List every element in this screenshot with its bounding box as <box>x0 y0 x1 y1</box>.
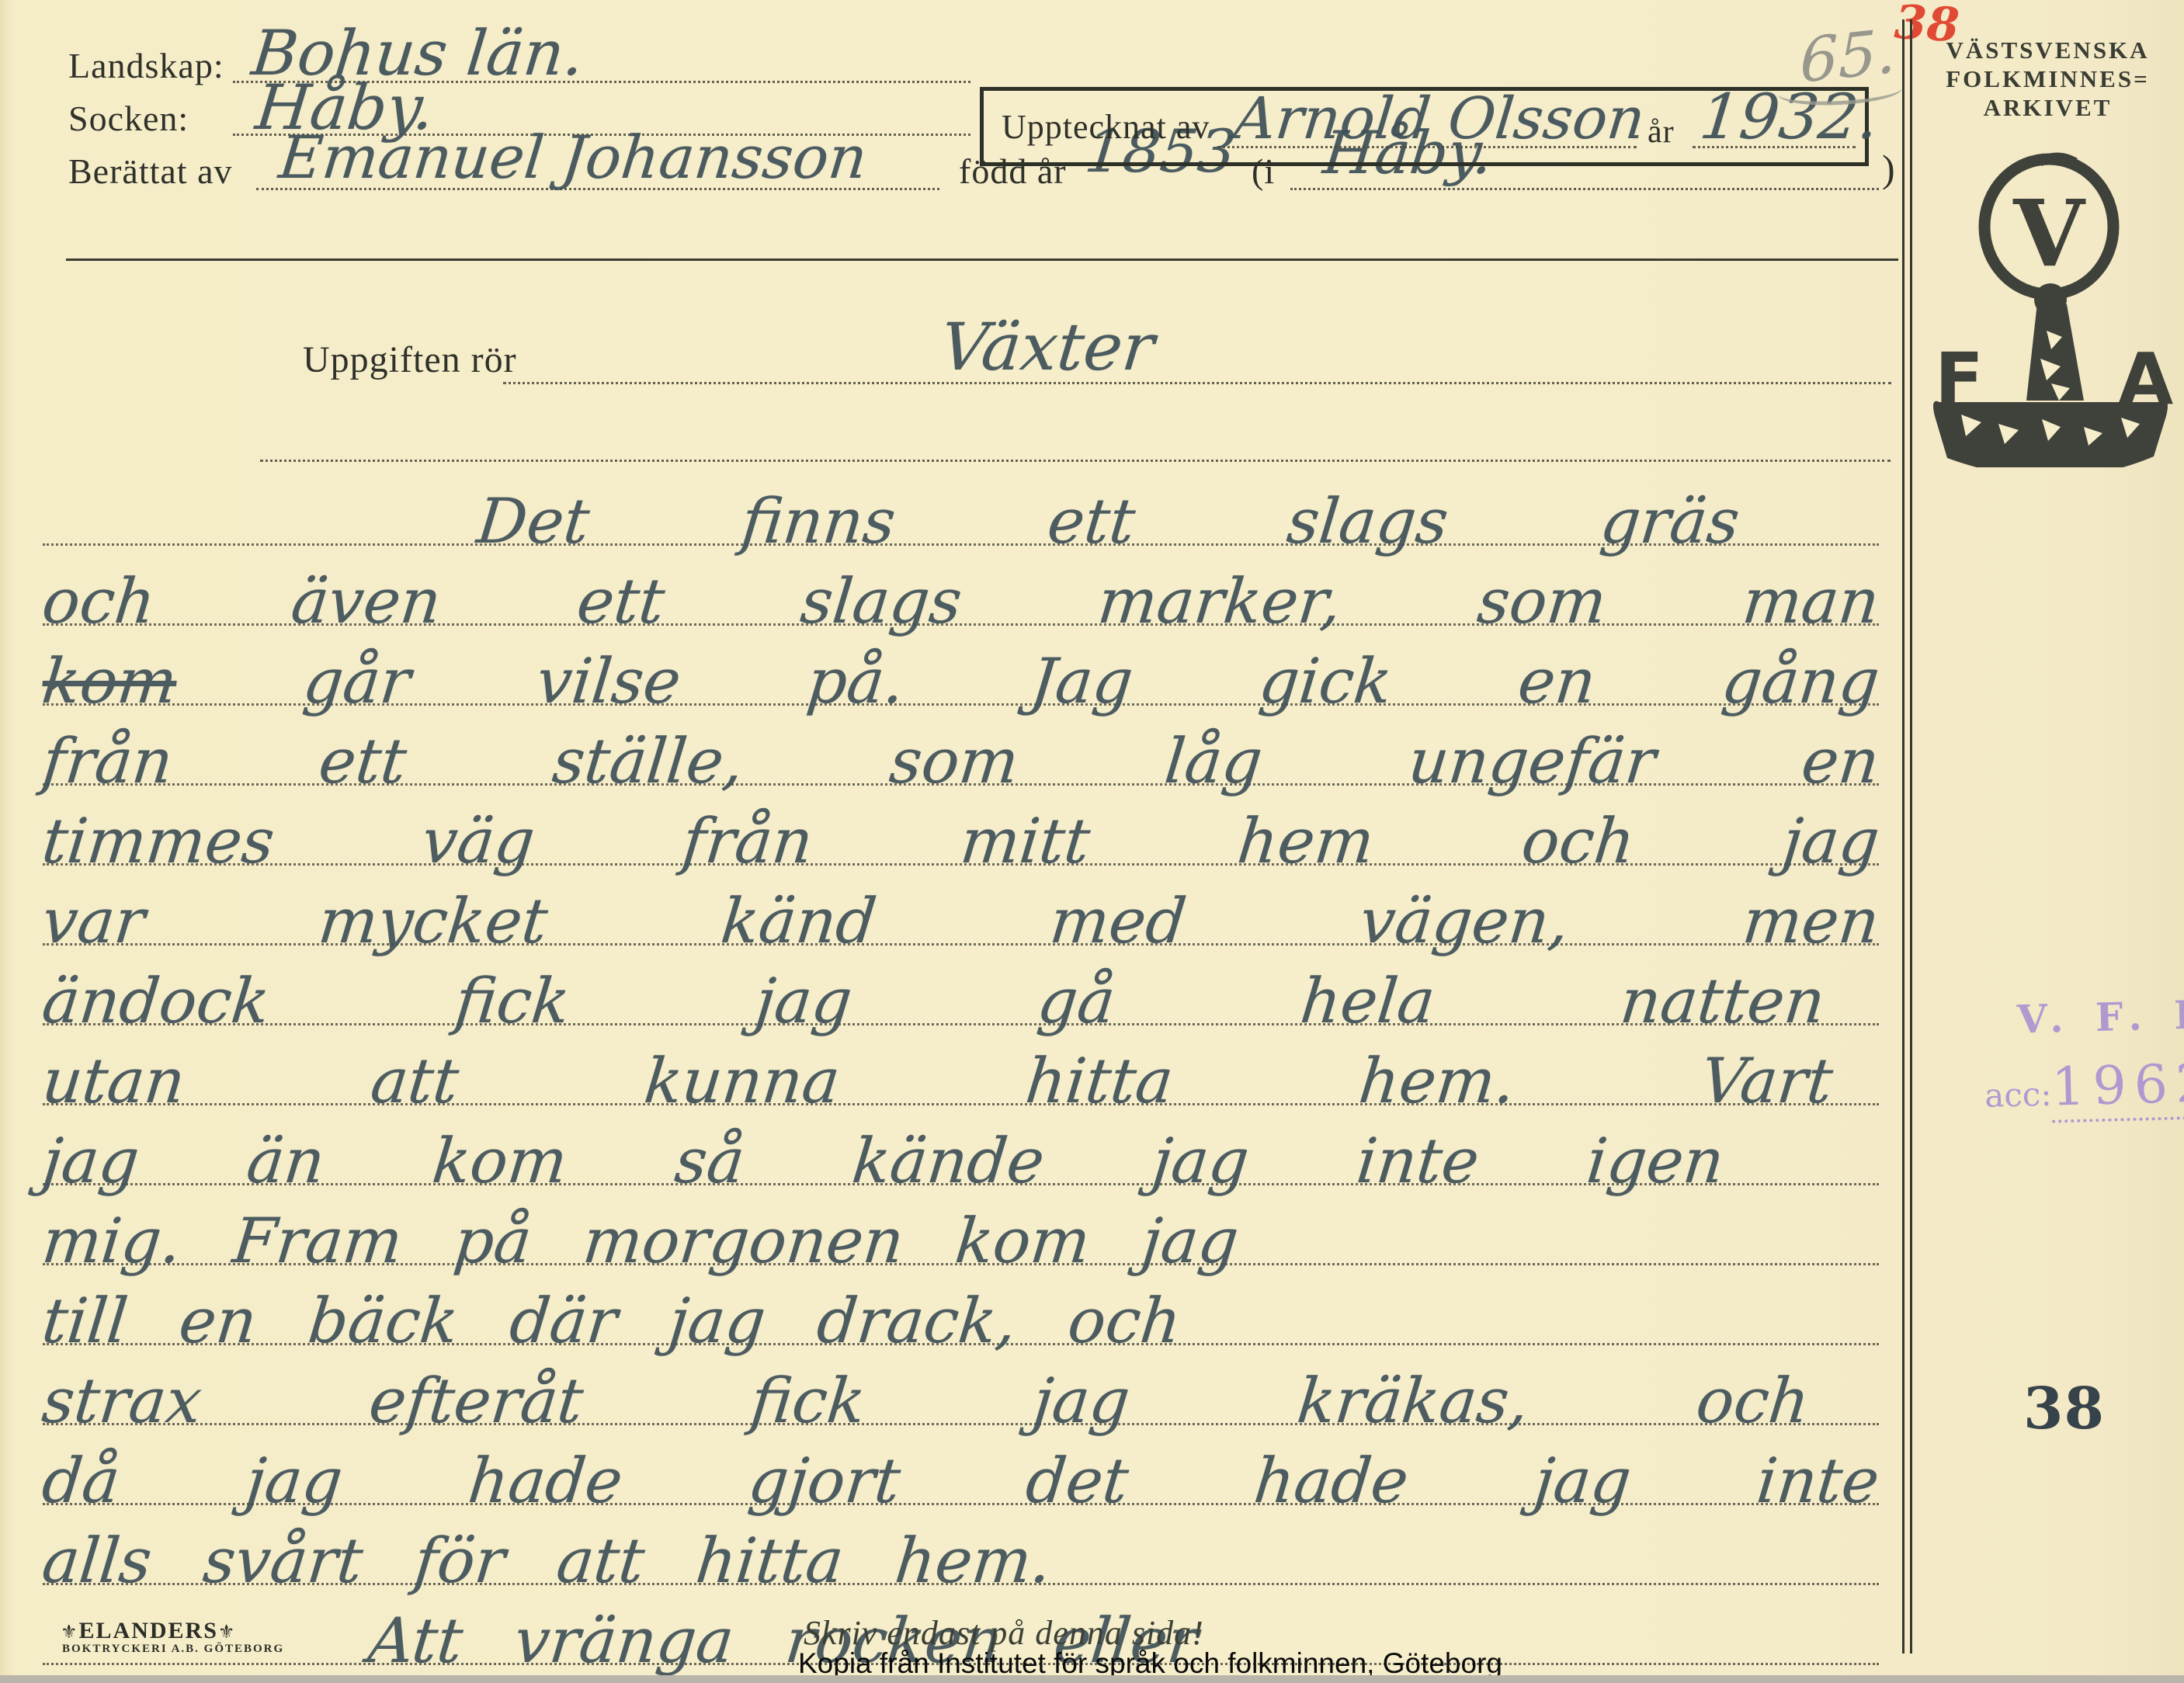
ruled-line: timmes väg från mitt hem och jag <box>43 786 1879 866</box>
ruled-line: och även ett slags marker, som man <box>43 546 1879 626</box>
handwriting-line: utan att kunna hitta hem. Vart <box>40 1049 1883 1114</box>
handwriting-line: jag än kom så kände jag inte igen <box>40 1129 1883 1194</box>
handwriting-line: kom går vilse på. Jag gick en gång <box>40 649 1883 714</box>
side-page-number: 38 <box>2023 1376 2105 1442</box>
ruled-line: alls svårt för att hitta hem. <box>43 1505 1879 1585</box>
printer-ornament-left-icon: ⚜ <box>61 1621 79 1643</box>
archive-name-line2: FOLKMINNES= <box>1911 64 2184 93</box>
header-separator-rule <box>66 259 1898 261</box>
ruled-line: mig. Fram på morgonen kom jag <box>43 1185 1879 1265</box>
landskap-label: Landskap: <box>68 45 224 86</box>
printer-subline: BOKTRYCKERI A.B. GÖTEBORG <box>62 1643 284 1656</box>
ar-label: år <box>1648 113 1675 151</box>
berattat-value: Emanuel Johansson <box>276 123 870 192</box>
handwriting-line: ändock fick jag gå hela natten <box>40 969 1883 1034</box>
stamp-vff: V. F. F. <box>2016 991 2184 1042</box>
subject-dotted-line <box>503 382 1891 384</box>
subject-value: Växter <box>937 309 1158 385</box>
handwriting-body: Det finns ett slags gräsoch även ett sla… <box>43 466 1879 1665</box>
socken-label: Socken: <box>68 98 189 139</box>
archive-name-block: VÄSTSVENSKA FOLKMINNES= ARKIVET <box>1911 36 2184 123</box>
archive-record-card: Landskap: Bohus län. Socken: Håby. Berät… <box>0 0 2184 1683</box>
handwriting-line: då jag hade gjort det hade jag inte <box>40 1449 1883 1514</box>
ruled-line: från ett ställe, som låg ungefär en <box>43 706 1879 786</box>
handwriting-line: var mycket känd med vägen, men <box>40 889 1883 954</box>
vfa-hammer-logo-icon: V F A <box>1924 147 2174 467</box>
handwriting-line: timmes väg från mitt hem och jag <box>40 809 1883 874</box>
ruled-line: Det finns ett slags gräs <box>43 466 1879 546</box>
handwriting-line: och även ett slags marker, som man <box>40 569 1883 634</box>
handwriting-line: mig. Fram på morgonen kom jag <box>40 1209 1883 1274</box>
berattat-label: Berättat av <box>68 151 233 192</box>
ruled-line: strax efteråt fick jag kräkas, och <box>43 1345 1879 1425</box>
paren-dotted-line <box>1290 188 1879 190</box>
paren-close-label: ) <box>1882 146 1896 191</box>
archive-name-line1: VÄSTSVENSKA <box>1911 36 2184 64</box>
scan-watermark: Kopia från Institutet för språk och folk… <box>798 1647 1502 1680</box>
stamp-acc-row: acc:1962 <box>1984 1053 2184 1120</box>
handwriting-line: alls svårt för att hitta hem. <box>40 1529 1883 1594</box>
stamp-acc-value: 1962 <box>2050 1053 2184 1123</box>
ruled-line: ändock fick jag gå hela natten <box>43 946 1879 1025</box>
handwriting-line: strax efteråt fick jag kräkas, och <box>40 1369 1883 1434</box>
logo-letter-a: A <box>2118 338 2173 421</box>
printer-name: ELANDERS <box>79 1618 218 1643</box>
subject-label: Uppgiften rör <box>303 338 517 381</box>
handwriting-line: från ett ställe, som låg ungefär en <box>40 729 1883 794</box>
ruled-line: då jag hade gjort det hade jag inte <box>43 1425 1879 1505</box>
upptecknat-value: Arnold Olsson <box>1231 85 1648 152</box>
ruled-line: till en bäck där jag drack, och <box>43 1265 1879 1345</box>
ruled-line: jag än kom så kände jag inte igen <box>43 1105 1879 1185</box>
ruled-line: utan att kunna hitta hem. Vart <box>43 1025 1879 1105</box>
handwriting-line: Det finns ett slags gräs <box>40 489 1883 554</box>
ruled-line: kom går vilse på. Jag gick en gång <box>43 626 1879 706</box>
blank-dotted-line <box>260 460 1891 462</box>
printer-ornament-right-icon: ⚜ <box>218 1621 237 1643</box>
printer-name-row: ⚜ELANDERS⚜ <box>61 1618 236 1644</box>
logo-letter-v: V <box>2012 179 2086 287</box>
archive-name-line3: ARKIVET <box>1911 93 2184 122</box>
ruled-line: var mycket känd med vägen, men <box>43 866 1879 946</box>
stamp-acc-label: acc: <box>1984 1075 2053 1115</box>
pencil-underline-flourish <box>1777 75 1903 108</box>
handwriting-line: till en bäck där jag drack, och <box>40 1289 1883 1354</box>
upptecknat-label: Upptecknat av <box>1002 107 1210 147</box>
logo-letter-f: F <box>1935 338 1984 421</box>
column-divider-double-line <box>1902 19 1912 1654</box>
